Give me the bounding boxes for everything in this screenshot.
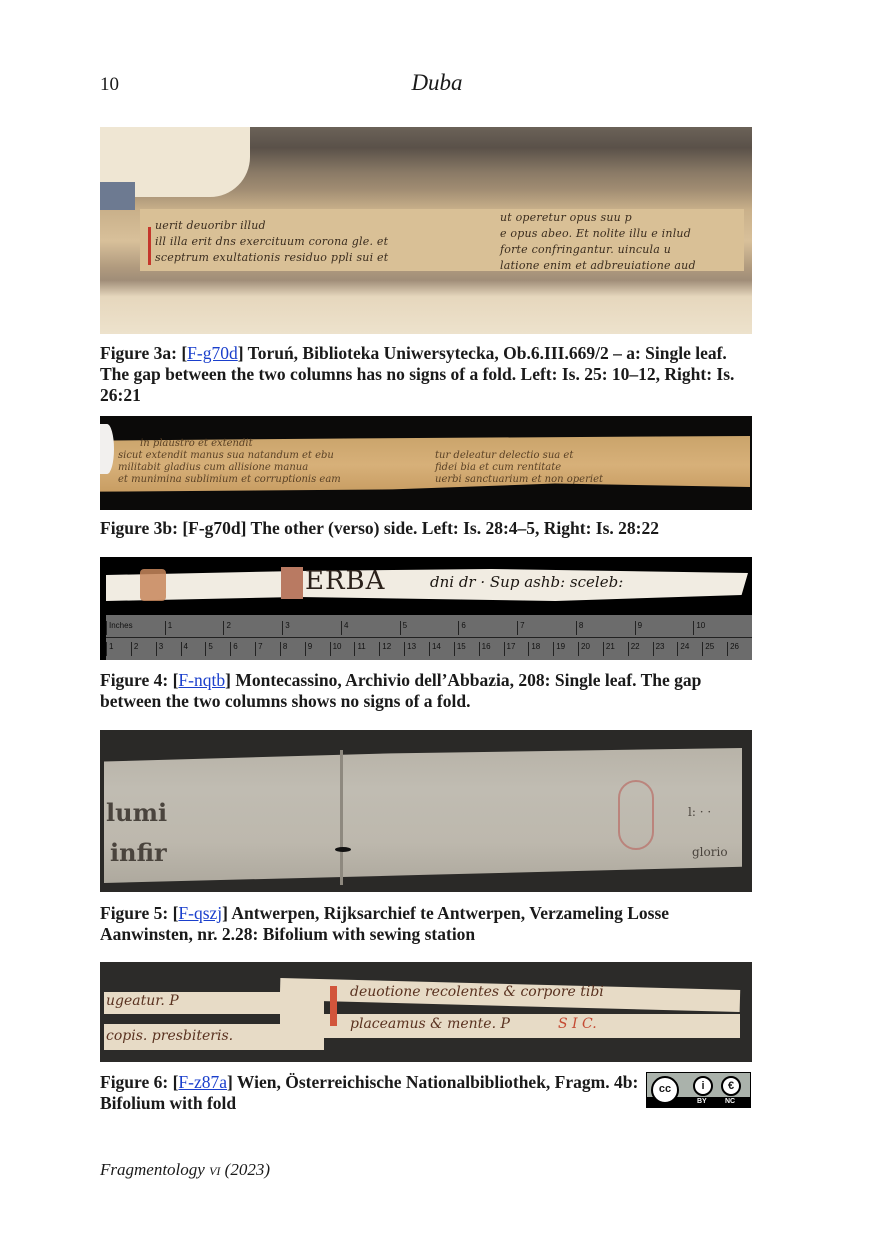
ms-line: deuotione recolentes & corpore tibi xyxy=(350,984,604,1000)
figure-5-image: lumi infir l: · · glorio xyxy=(100,730,752,892)
fragment-ref: F-g70d xyxy=(188,518,241,538)
fragment-strip xyxy=(280,1014,740,1038)
sewing-station xyxy=(335,847,351,852)
decorated-initial xyxy=(140,569,166,601)
figure-6-image: ugeatur. P copis. presbiteris. deuotione… xyxy=(100,962,752,1062)
figure-3a-image: uerit deuoribr illud ill illa erit dns e… xyxy=(100,127,752,334)
figure-label: Figure 3b: xyxy=(100,518,178,538)
creative-commons-icon: cc xyxy=(651,1076,679,1104)
fragment-strip xyxy=(106,565,748,605)
journal-volume: vi xyxy=(209,1160,220,1179)
fold-line xyxy=(340,750,343,885)
figure-label: Figure 4: xyxy=(100,670,168,690)
ms-line: militabit gladius cum allisione manua xyxy=(118,462,308,473)
figure-6-caption: Figure 6: [F-z87a] Wien, Österreichische… xyxy=(100,1072,640,1114)
ms-line: glorio xyxy=(692,845,728,859)
rubric-line xyxy=(148,227,151,265)
ruler-inches: Inches 1 2 3 4 5 6 7 8 9 10 xyxy=(106,621,752,635)
ms-line: fidei bia et cum rentitate xyxy=(435,462,561,473)
initial-word: ERBA xyxy=(305,566,385,596)
fragment-link[interactable]: F-nqtb xyxy=(178,670,225,690)
red-initial xyxy=(330,986,337,1026)
caption-text: The other (verso) side. Left: Is. 28:4–5… xyxy=(251,518,659,538)
ms-line: ut operetur opus suu p xyxy=(500,211,632,224)
noncommercial-icon: € xyxy=(721,1076,741,1096)
decorated-initial xyxy=(618,780,654,850)
ruler-centimeters: 1234567891011121314151617181920212223242… xyxy=(106,642,752,656)
ms-line: uerit deuoribr illud xyxy=(155,219,266,232)
ms-line: sceptrum exultationis residuo ppli sui e… xyxy=(155,251,388,264)
fragment-link[interactable]: F-z87a xyxy=(178,1072,227,1092)
ms-line: forte confringantur. uincula u xyxy=(500,243,671,256)
ms-line: sicut extendit manus sua natandum et ebu xyxy=(118,450,334,461)
attribution-icon: i xyxy=(693,1076,713,1096)
running-head: Duba xyxy=(0,70,874,96)
ms-line: ill illa erit dns exercituum corona gle.… xyxy=(155,235,388,248)
figure-4-image: ERBA dni dr · Sup ashb: sceleb: Inches 1… xyxy=(100,557,752,660)
ms-line: lumi xyxy=(106,798,167,827)
ms-line: tur deleatur delectio sua et xyxy=(435,450,573,461)
fragment-link[interactable]: F-g70d xyxy=(187,343,238,363)
journal-footer: Fragmentology vi (2023) xyxy=(100,1160,270,1180)
ms-line: ugeatur. P xyxy=(106,993,179,1009)
ms-line: l: · · xyxy=(688,805,711,819)
decorated-initial xyxy=(281,567,303,599)
ms-line: et munimina sublimium et corruptionis ea… xyxy=(118,474,341,485)
figure-5-caption: Figure 5: [F-qszj] Antwerpen, Rijksarchi… xyxy=(100,903,752,945)
ms-line: e opus abeo. Et nolite illu e inlud xyxy=(500,227,691,240)
ms-line: placeamus & mente. P xyxy=(350,1016,510,1032)
ms-line: dni dr · Sup ashb: sceleb: xyxy=(430,573,623,591)
nc-label: NC xyxy=(725,1097,735,1107)
binding-gap xyxy=(100,182,135,210)
ms-line: latione enim et adbreuiatione aud xyxy=(500,259,696,272)
ms-line: infir xyxy=(110,838,167,867)
ms-rubric: S I C. xyxy=(558,1016,597,1032)
by-label: BY xyxy=(697,1097,707,1107)
measuring-ruler: Inches 1 2 3 4 5 6 7 8 9 10 123456789101… xyxy=(106,615,752,660)
journal-name: Fragmentology xyxy=(100,1160,205,1179)
ms-line: in plaustro et extendit xyxy=(140,438,253,449)
figure-3a-caption: Figure 3a: [F-g70d] Toruń, Biblioteka Un… xyxy=(100,343,752,406)
figure-3b-caption: Figure 3b: [F-g70d] The other (verso) si… xyxy=(100,518,752,539)
ms-line: uerbi sanctuarium et non operiet xyxy=(435,474,603,485)
figure-label: Figure 3a: xyxy=(100,343,177,363)
figure-4-caption: Figure 4: [F-nqtb] Montecassino, Archivi… xyxy=(100,670,752,712)
figure-label: Figure 6: xyxy=(100,1072,168,1092)
ms-line: copis. presbiteris. xyxy=(106,1028,233,1044)
figure-3b-image: in plaustro et extendit sicut extendit m… xyxy=(100,416,752,510)
cc-by-nc-license-badge[interactable]: cc i € BY NC xyxy=(646,1072,751,1108)
paper-tab xyxy=(100,424,114,474)
figure-label: Figure 5: xyxy=(100,903,168,923)
fragment-link[interactable]: F-qszj xyxy=(178,903,222,923)
journal-year: (2023) xyxy=(225,1160,270,1179)
